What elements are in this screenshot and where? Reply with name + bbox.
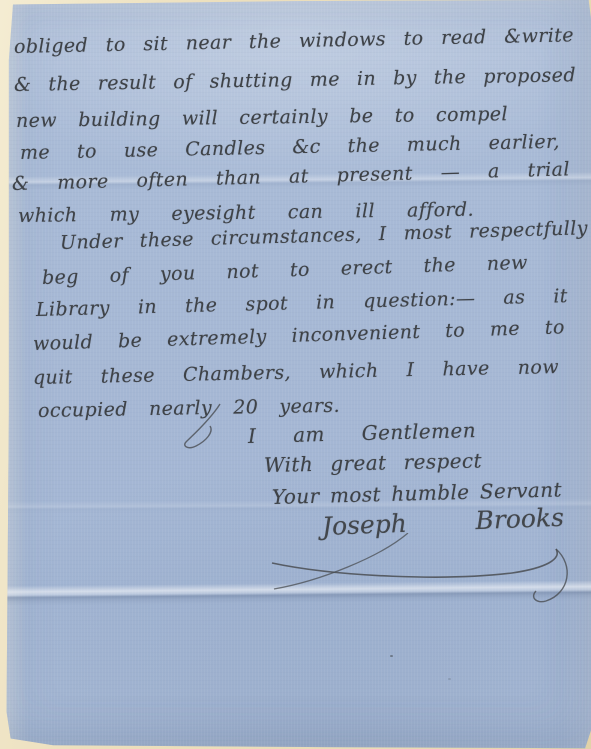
ink-speck	[448, 678, 451, 680]
letter-paper: obliged to sit near the windows to read …	[0, 0, 591, 749]
closing-line: With great respect	[264, 448, 482, 477]
ink-speck	[390, 655, 393, 657]
scanned-letter-page: obliged to sit near the windows to read …	[0, 0, 591, 749]
